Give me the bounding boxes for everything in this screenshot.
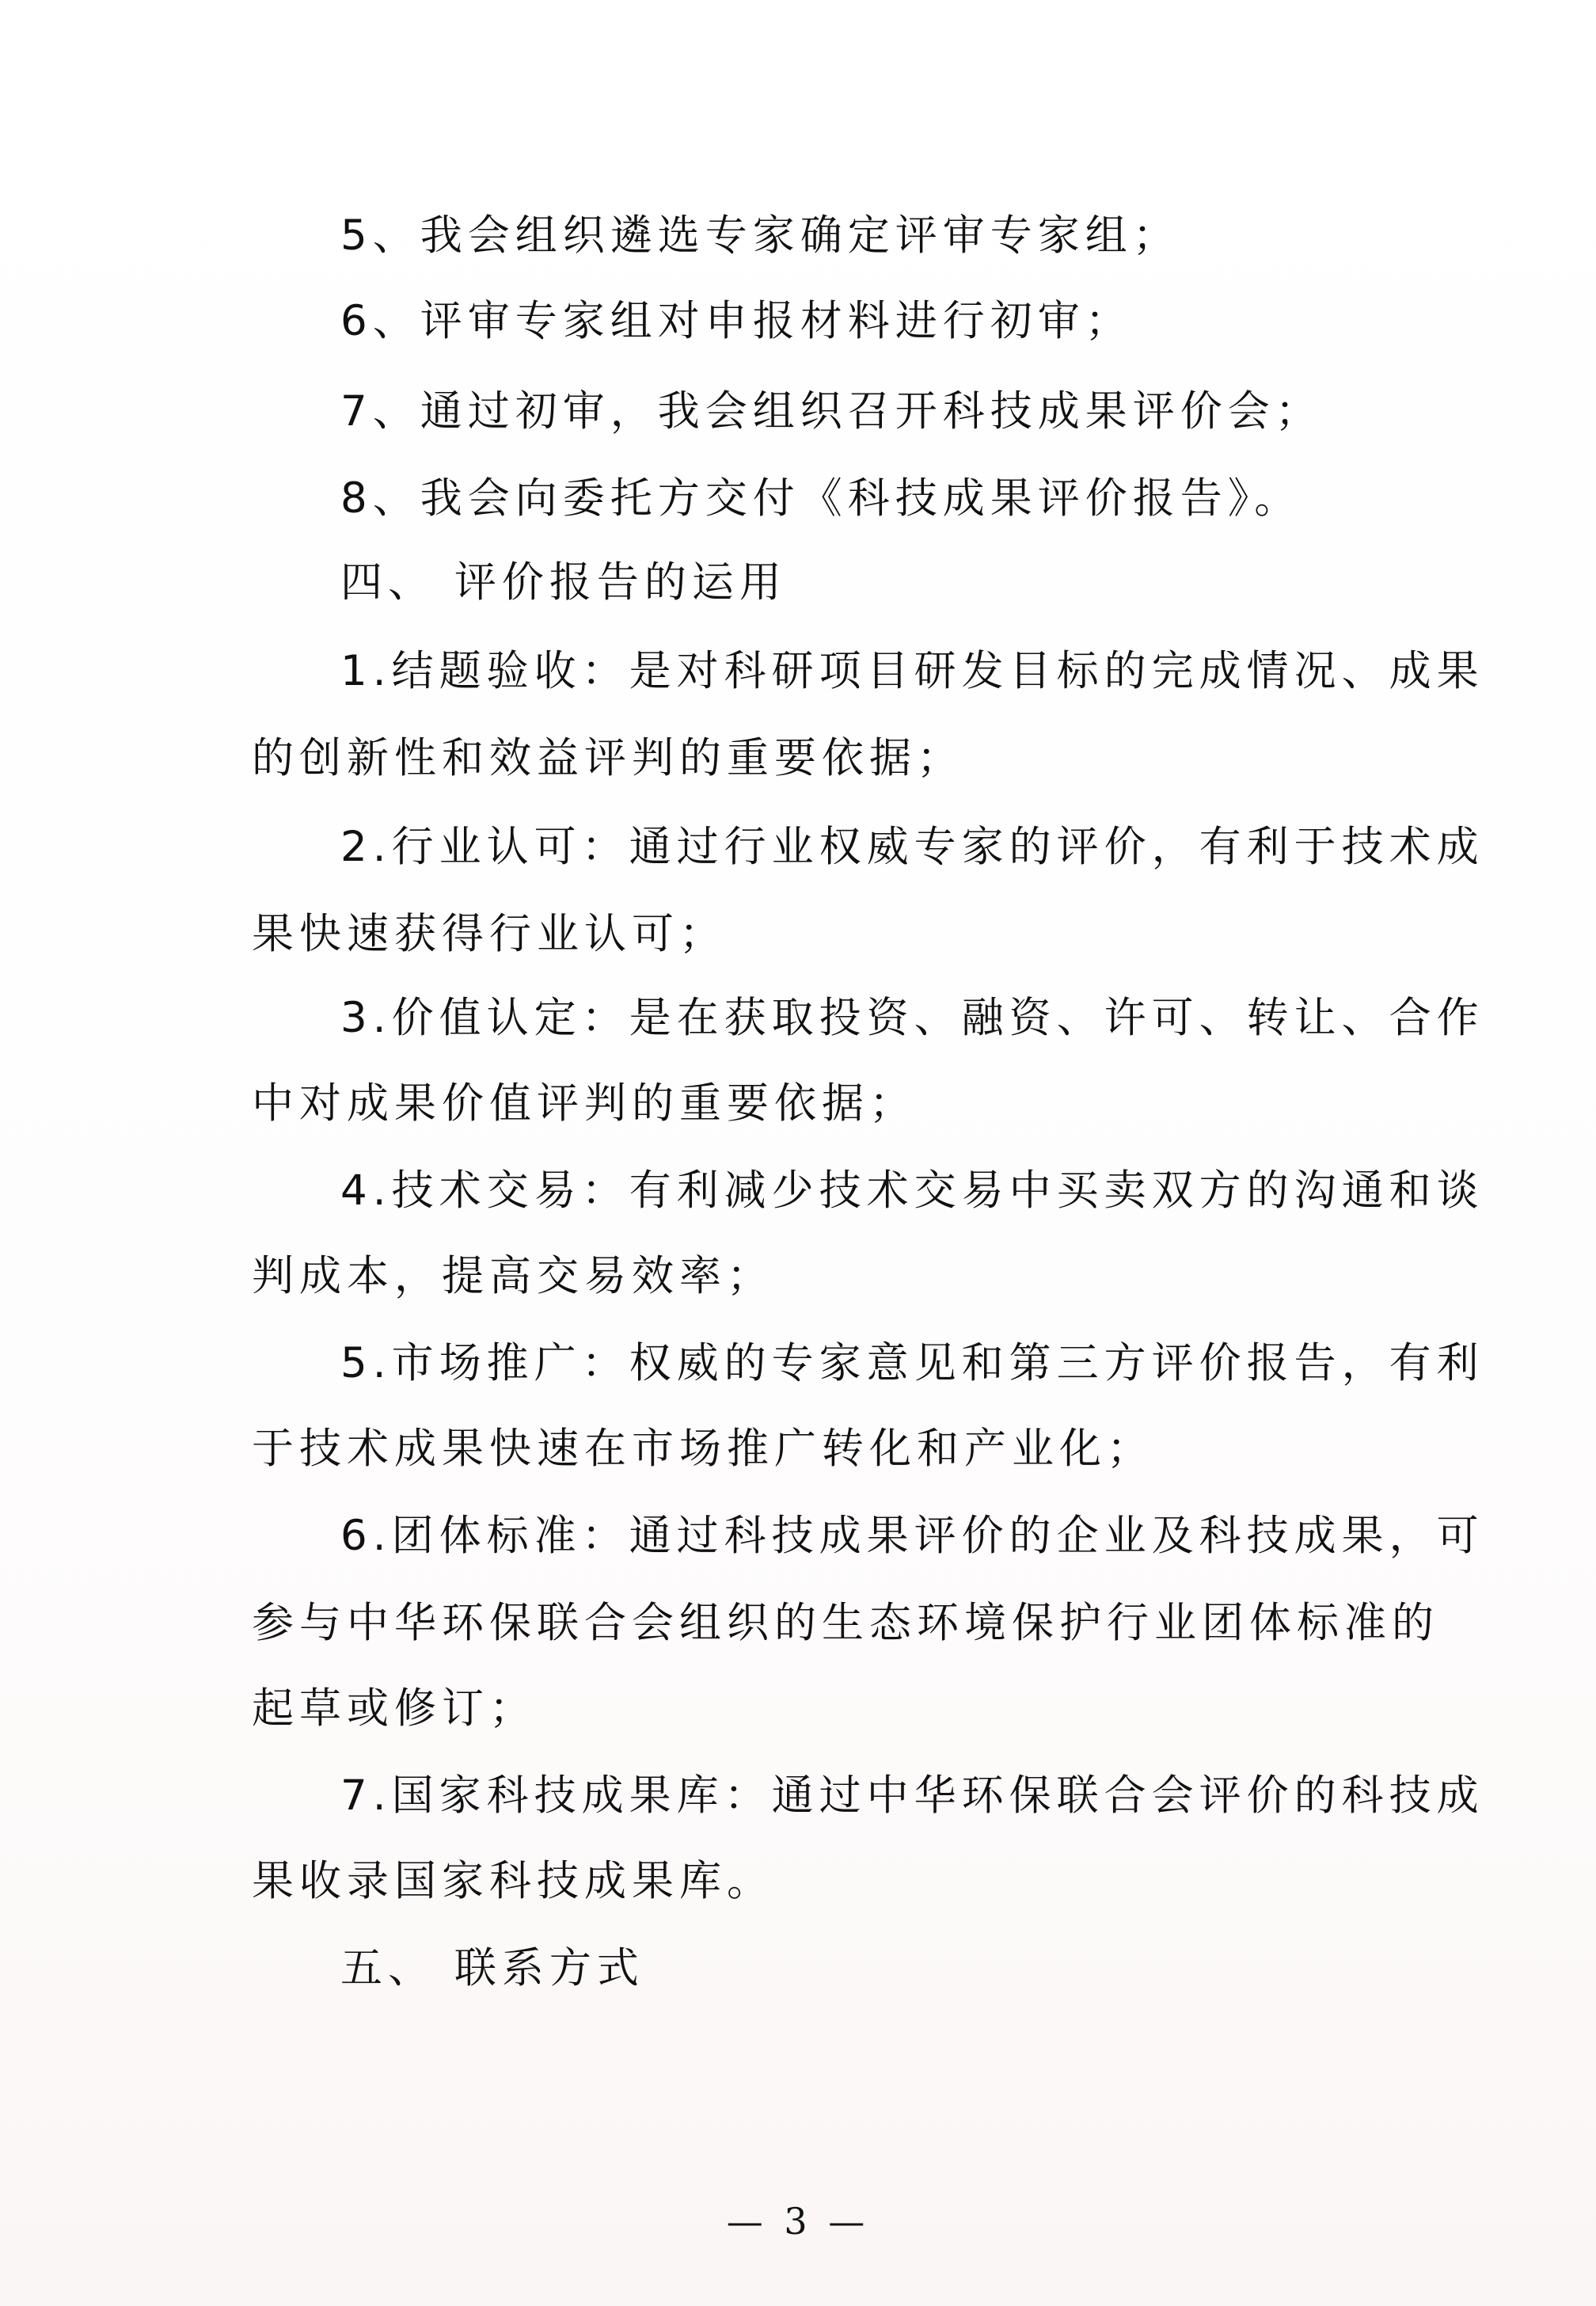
procedure-step-8: 8、我会向委托方交付《科技成果评价报告》。: [340, 475, 1384, 523]
usage-item-2-line-1: 2.行业认可：通过行业权威专家的评价，有利于技术成: [340, 824, 1384, 871]
usage-item-6-line-3: 起草或修订；: [252, 1685, 1384, 1733]
usage-item-7-line-1: 7.国家科技成果库：通过中华环保联合会评价的科技成: [340, 1772, 1384, 1820]
document-page: 5、我会组织遴选专家确定评审专家组； 6、评审专家组对申报材料进行初审； 7、通…: [0, 0, 1596, 2306]
usage-item-4-line-2: 判成本，提高交易效率；: [252, 1253, 1384, 1300]
page-number: — 3 —: [0, 2199, 1596, 2243]
usage-item-1-line-2: 的创新性和效益评判的重要依据；: [252, 735, 1384, 782]
usage-item-5-line-2: 于技术成果快速在市场推广转化和产业化；: [252, 1425, 1384, 1473]
usage-item-5-line-1: 5.市场推广：权威的专家意见和第三方评价报告，有利: [340, 1340, 1384, 1387]
procedure-step-5: 5、我会组织遴选专家确定评审专家组；: [340, 212, 1384, 260]
section-heading-5: 五、 联系方式: [340, 1945, 1472, 1992]
procedure-step-7: 7、通过初审，我会组织召开科技成果评价会；: [340, 388, 1384, 436]
section-heading-4: 四、 评价报告的运用: [340, 559, 1472, 607]
usage-item-6-line-2: 参与中华环保联合会组织的生态环境保护行业团体标准的: [252, 1600, 1384, 1647]
usage-item-3-line-1: 3.价值认定：是在获取投资、融资、许可、转让、合作: [340, 995, 1384, 1042]
usage-item-7-line-2: 果收录国家科技成果库。: [252, 1858, 1384, 1905]
usage-item-3-line-2: 中对成果价值评判的重要依据；: [252, 1080, 1384, 1128]
procedure-step-6: 6、评审专家组对申报材料进行初审；: [340, 298, 1384, 345]
usage-item-1-line-1: 1.结题验收：是对科研项目研发目标的完成情况、成果: [340, 648, 1384, 695]
usage-item-4-line-1: 4.技术交易：有利减少技术交易中买卖双方的沟通和谈: [340, 1167, 1384, 1215]
usage-item-2-line-2: 果快速获得行业认可；: [252, 911, 1384, 958]
usage-item-6-line-1: 6.团体标准：通过科技成果评价的企业及科技成果，可: [340, 1513, 1384, 1560]
